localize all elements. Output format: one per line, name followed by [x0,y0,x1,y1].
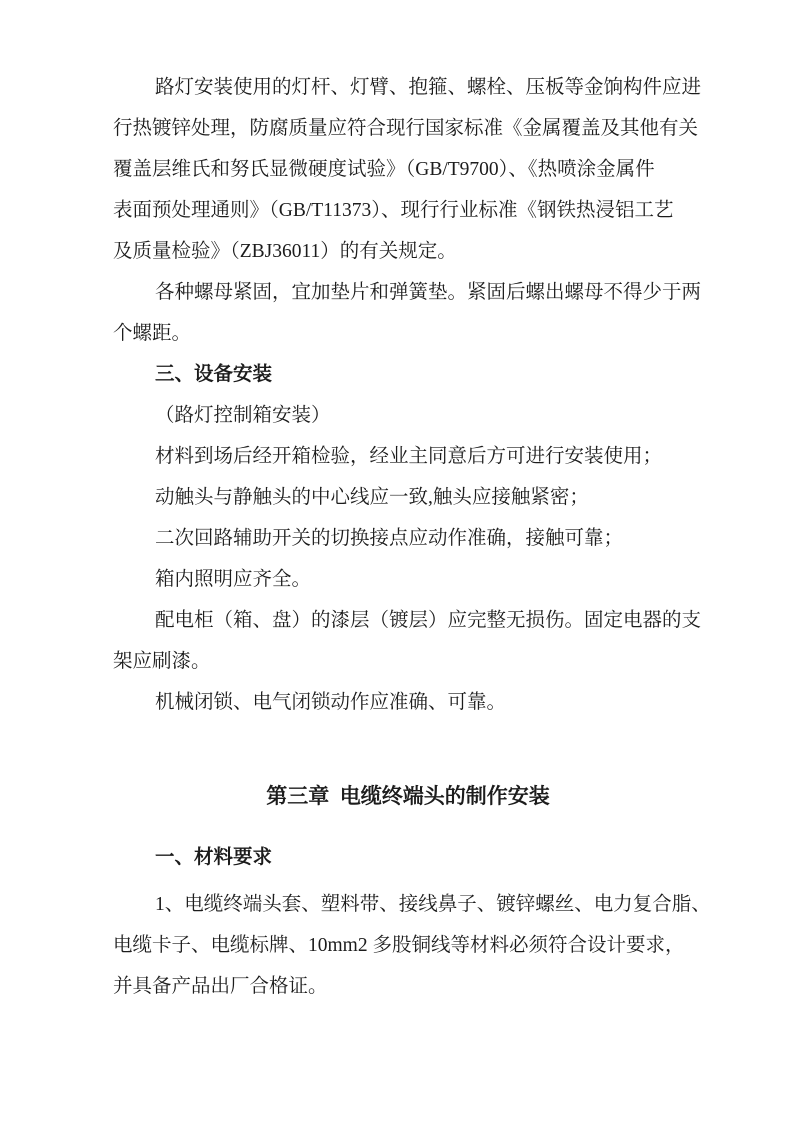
para-material-inspection: 材料到场后经开箱检验，经业主同意后方可进行安装使用； [113,436,703,477]
heading-equipment-installation: 三、设备安装 [113,354,703,395]
text-line: 机械闭锁、电气闭锁动作应准确、可靠。 [113,682,703,723]
chapter-title-line: 第三章 电缆终端头的制作安装 [113,776,703,817]
para-secondary-circuit-switch: 二次回路辅助开关的切换接点应动作准确，接触可靠； [113,518,703,559]
text-line: 并具备产品出厂合格证。 [113,966,703,1007]
para-contact-alignment: 动触头与静触头的中心线应一致,触头应接触紧密； [113,477,703,518]
spacer-before-chapter [113,723,703,764]
chapter-heading-cable-terminal: 第三章 电缆终端头的制作安装 [113,776,703,817]
para-nut-fastening: 各种螺母紧固，宜加垫片和弹簧垫。紧固后螺出螺母不得少于两个螺距。 [113,272,703,354]
text-line: 动触头与静触头的中心线应一致,触头应接触紧密； [113,477,703,518]
text-line: 行热镀锌处理，防腐质量应符合现行国家标准《金属覆盖及其他有关 [113,108,703,149]
text-line: 三、设备安装 [113,354,703,395]
para-box-lighting: 箱内照明应齐全。 [113,559,703,600]
document-page: 路灯安装使用的灯杆、灯臂、抱箍、螺栓、压板等金饷构件应进行热镀锌处理，防腐质量应… [0,0,793,1122]
para-street-light-hardware: 路灯安装使用的灯杆、灯臂、抱箍、螺栓、压板等金饷构件应进行热镀锌处理，防腐质量应… [113,67,703,272]
text-line: 1、电缆终端头套、塑料带、接线鼻子、镀锌螺丝、电力复合脂、 [113,884,703,925]
text-line: 配电柜（箱、盘）的漆层（镀层）应完整无损伤。固定电器的支 [113,600,703,641]
text-line: 箱内照明应齐全。 [113,559,703,600]
para-control-box-subtitle: （路灯控制箱安装） [113,395,703,436]
text-line: 电缆卡子、电缆标牌、10mm2 多股铜线等材料必须符合设计要求， [113,925,703,966]
text-line: 架应刷漆。 [113,641,703,682]
text-line: 一、材料要求 [113,837,703,878]
para-cabinet-paint-layer: 配电柜（箱、盘）的漆层（镀层）应完整无损伤。固定电器的支架应刷漆。 [113,600,703,682]
text-line: 各种螺母紧固，宜加垫片和弹簧垫。紧固后螺出螺母不得少于两 [113,272,703,313]
text-line: 及质量检验》（ZBJ36011）的有关规定。 [113,231,703,272]
text-line: （路灯控制箱安装） [113,395,703,436]
document-content: 路灯安装使用的灯杆、灯臂、抱箍、螺栓、压板等金饷构件应进行热镀锌处理，防腐质量应… [113,67,703,1007]
para-interlock-action: 机械闭锁、电气闭锁动作应准确、可靠。 [113,682,703,723]
text-line: 覆盖层维氏和努氏显微硬度试验》（GB/T9700）、《热喷涂金属件 [113,149,703,190]
para-material-list: 1、电缆终端头套、塑料带、接线鼻子、镀锌螺丝、电力复合脂、电缆卡子、电缆标牌、1… [113,884,703,1007]
text-line: 路灯安装使用的灯杆、灯臂、抱箍、螺栓、压板等金饷构件应进 [113,67,703,108]
heading-material-requirements: 一、材料要求 [113,837,703,878]
text-line: 表面预处理通则》（GB/T11373）、现行行业标准《钢铁热浸铝工艺 [113,190,703,231]
text-line: 个螺距。 [113,313,703,354]
text-line: 二次回路辅助开关的切换接点应动作准确，接触可靠； [113,518,703,559]
text-line: 材料到场后经开箱检验，经业主同意后方可进行安装使用； [113,436,703,477]
